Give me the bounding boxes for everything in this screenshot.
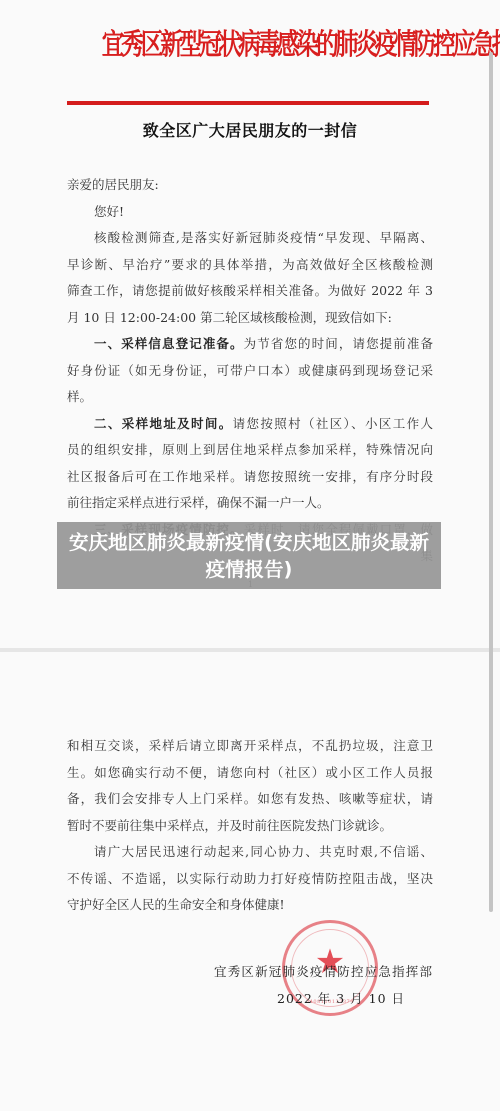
page-2-body: 和相互交谈，采样后请立即离开采样点，不乱扔垃圾，注意卫 生。如您确实行动不便，请… bbox=[67, 733, 433, 919]
section-2-text: 请您按照村（社区）、小区工作人 bbox=[233, 416, 433, 431]
intro-line: 筛查工作，请您提前做好核酸采样相关准备。为做好 2022 年 3 bbox=[67, 278, 433, 305]
section-1-line: 好身份证（如无身份证，可带户口本）或健康码到现场登记采 bbox=[67, 358, 433, 385]
signature-date: 2022 年 3 月 10 日 bbox=[277, 989, 405, 1007]
section-2-line: 二、采样地址及时间。请您按照村（社区）、小区工作人 bbox=[67, 411, 433, 438]
salutation: 亲爱的居民朋友: bbox=[67, 172, 433, 199]
closing-line: 请广大居民迅速行动起来,同心协力、共克时艰,不信谣、 bbox=[67, 839, 433, 866]
section-2-line: 员的组织安排，原则上到居住地采样点参加采样，特殊情况向 bbox=[67, 437, 433, 464]
caption-text: 安庆地区肺炎最新疫情(安庆地区肺炎最新疫情报告) bbox=[64, 529, 434, 583]
letter-title: 致全区广大居民朋友的一封信 bbox=[0, 118, 500, 141]
body-line: 备，我们会安排专人上门采样。如您有发热、咳嗽等症状，请 bbox=[67, 786, 433, 813]
header-red-rule bbox=[67, 101, 429, 105]
section-1-line: 样。 bbox=[67, 384, 433, 411]
body-line: 生。如您确实行动不便，请您向村（社区）或小区工作人员报 bbox=[67, 760, 433, 787]
org-header: 宜秀区新型冠状病毒感染的肺炎疫情防控应急指挥部 bbox=[102, 14, 398, 74]
closing-line: 守护好全区人民的生命安全和身体健康! bbox=[67, 892, 433, 919]
signature-org: 宜秀区新冠肺炎疫情防控应急指挥部 bbox=[214, 962, 433, 980]
document-page-1: 宜秀区新型冠状病毒感染的肺炎疫情防控应急指挥部 致全区广大居民朋友的一封信 亲爱… bbox=[0, 0, 500, 648]
caption-overlay: 安庆地区肺炎最新疫情(安庆地区肺炎最新疫情报告) bbox=[57, 522, 441, 589]
section-2-line: 前往指定采样点进行采样，确保不漏一户一人。 bbox=[67, 490, 433, 517]
body-line: 和相互交谈，采样后请立即离开采样点，不乱扔垃圾，注意卫 bbox=[67, 733, 433, 760]
body-line: 暂时不要前往集中采样点，并及时前往医院发热门诊就诊。 bbox=[67, 813, 433, 840]
section-1-line: 一、采样信息登记准备。为节省您的时间，请您提前准备 bbox=[67, 331, 433, 358]
vertical-scrollbar[interactable] bbox=[489, 52, 493, 912]
section-2-line: 社区报备后可在工作地采样。请您按照统一安排，有序分时段 bbox=[67, 464, 433, 491]
intro-line: 核酸检测筛查,是落实好新冠肺炎疫情“早发现、早隔离、 bbox=[67, 225, 433, 252]
letter-body: 亲爱的居民朋友: 您好! 核酸检测筛查,是落实好新冠肺炎疫情“早发现、早隔离、 … bbox=[67, 172, 433, 570]
closing-line: 不传谣、不造谣，以实际行动助力打好疫情防控阻击战，坚决 bbox=[67, 866, 433, 893]
intro-line: 早诊断、早治疗”要求的具体举措，为高效做好全区核酸检测 bbox=[67, 252, 433, 279]
intro-line: 月 10 日 12:00-24:00 第二轮区域核酸检测，现致信如下: bbox=[67, 305, 433, 332]
greeting: 您好! bbox=[67, 199, 433, 226]
section-1-text: 为节省您的时间，请您提前准备 bbox=[244, 336, 433, 351]
section-2-heading: 二、采样地址及时间。 bbox=[94, 416, 233, 431]
section-1-heading: 一、采样信息登记准备。 bbox=[94, 336, 244, 351]
